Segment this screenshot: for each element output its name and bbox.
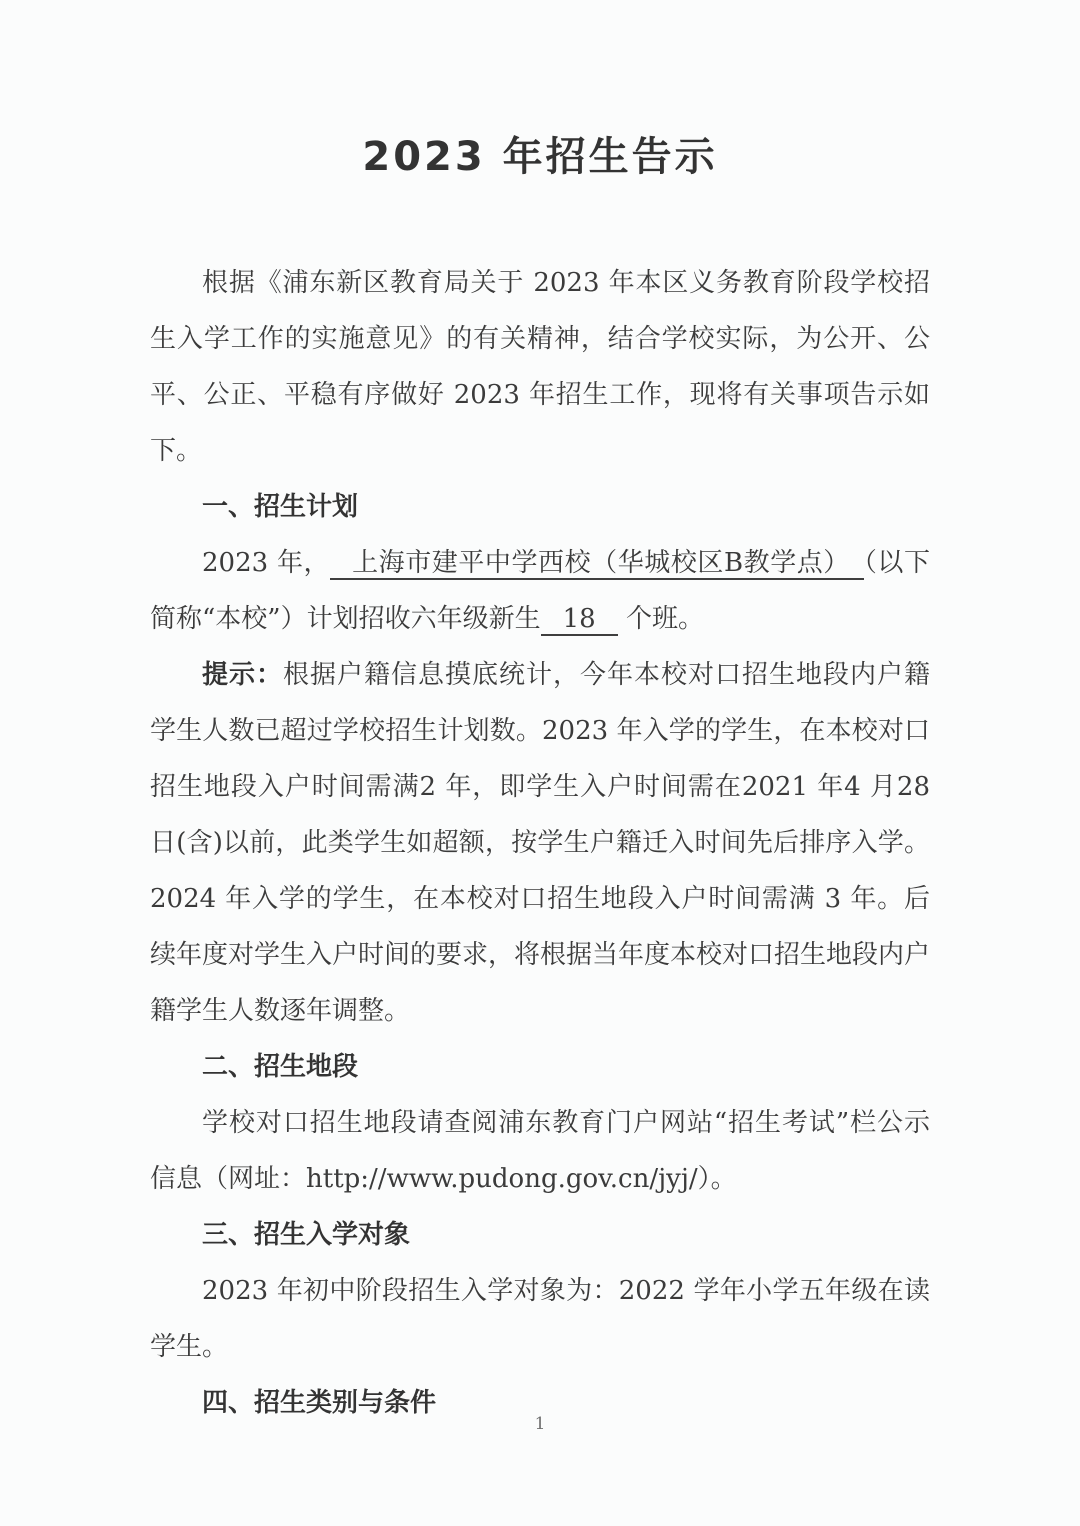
- plan-prefix-text: 2023 年，: [202, 548, 330, 578]
- section-2-heading: 二、招生地段: [150, 1039, 930, 1095]
- plan-suffix-text: 个班。: [618, 604, 704, 634]
- section-1-heading: 一、招生计划: [150, 479, 930, 535]
- intro-paragraph: 根据《浦东新区教育局关于 2023 年本区义务教育阶段学校招生入学工作的实施意见…: [150, 255, 930, 479]
- tip-body-text: 根据户籍信息摸底统计，今年本校对口招生地段内户籍学生人数已超过学校招生计划数。2…: [150, 660, 930, 1026]
- target-paragraph: 2023 年初中阶段招生入学对象为：2022 学年小学五年级在读学生。: [150, 1263, 930, 1375]
- school-name-underlined: 上海市建平中学西校（华城校区B教学点）: [330, 548, 864, 580]
- class-count-underlined: 18: [541, 604, 618, 636]
- district-paragraph: 学校对口招生地段请查阅浦东教育门户网站“招生考试”栏公示信息（网址：http:/…: [150, 1095, 930, 1207]
- document-page: 2023 年招生告示 根据《浦东新区教育局关于 2023 年本区义务教育阶段学校…: [0, 0, 1080, 1526]
- page-number: 1: [0, 1412, 1080, 1436]
- document-title: 2023 年招生告示: [150, 130, 930, 184]
- tip-label: 提示：: [202, 660, 283, 690]
- tip-paragraph: 提示：根据户籍信息摸底统计，今年本校对口招生地段内户籍学生人数已超过学校招生计划…: [150, 647, 930, 1039]
- section-3-heading: 三、招生入学对象: [150, 1207, 930, 1263]
- enrollment-plan-paragraph: 2023 年，上海市建平中学西校（华城校区B教学点）（以下简称“本校”）计划招收…: [150, 535, 930, 647]
